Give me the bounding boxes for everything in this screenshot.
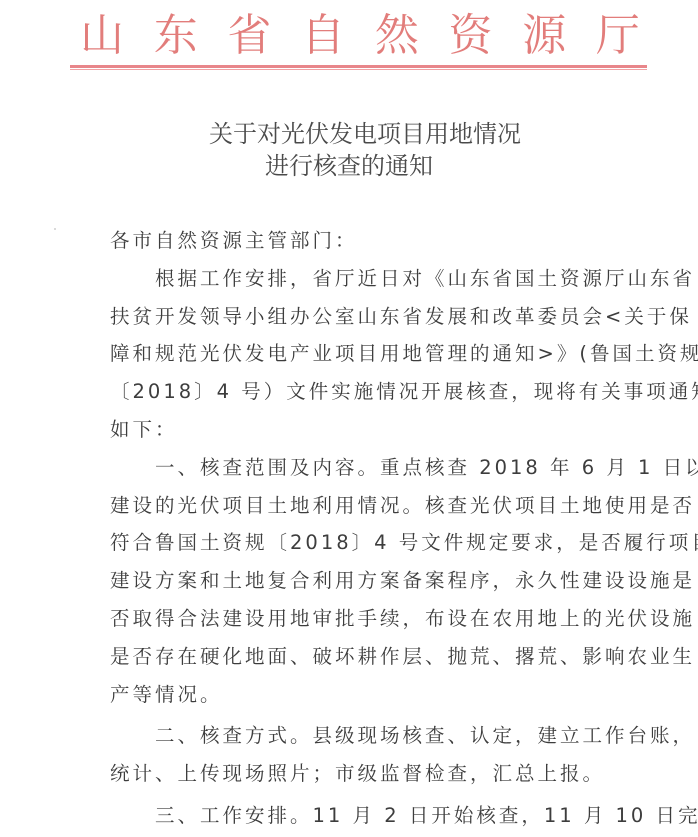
section-2-line: 二、核查方式。县级现场核查、认定，建立工作台账， xyxy=(110,717,640,755)
letterhead-rule-thick xyxy=(70,65,647,68)
body-line: 〔2018〕4 号）文件实施情况开展核查，现将有关事项通知 xyxy=(110,373,640,411)
letterhead-rule-thin xyxy=(70,69,647,70)
body-line: 统计、上传现场照片；市级监督检查，汇总上报。 xyxy=(110,755,640,793)
salutation: 各市自然资源主管部门： xyxy=(110,222,640,260)
body-line: 扶贫开发领导小组办公室山东省发展和改革委员会<关于保 xyxy=(110,298,640,336)
body-line: 是否存在硬化地面、破坏耕作层、抛荒、撂荒、影响农业生 xyxy=(110,638,640,676)
body-line: 建设的光伏项目土地利用情况。核查光伏项目土地使用是否 xyxy=(110,487,640,525)
document-body: 各市自然资源主管部门： 根据工作安排，省厅近日对《山东省国土资源厅山东省 扶贫开… xyxy=(110,222,640,835)
letterhead-char: 源 xyxy=(522,10,566,62)
body-line: 根据工作安排，省厅近日对《山东省国土资源厅山东省 xyxy=(110,260,640,298)
body-line: 符合鲁国土资规〔2018〕4 号文件规定要求，是否履行项目 xyxy=(110,524,640,562)
letterhead: 山 东 省 自 然 资 源 厅 xyxy=(80,10,640,62)
body-line: 如下： xyxy=(110,411,640,449)
body-line: 建设方案和土地复合利用方案备案程序，永久性建设设施是 xyxy=(110,562,640,600)
body-line: 否取得合法建设用地审批手续，布设在农用地上的光伏设施 xyxy=(110,600,640,638)
letterhead-char: 然 xyxy=(375,10,419,62)
letterhead-char: 省 xyxy=(227,10,271,62)
letterhead-char: 厅 xyxy=(596,10,640,62)
section-3-line: 三、工作安排。11 月 2 日开始核查，11 月 10 日完成现 xyxy=(110,797,640,835)
body-line: 产等情况。 xyxy=(110,676,640,714)
letterhead-char: 自 xyxy=(301,10,345,62)
letterhead-char: 山 xyxy=(80,10,124,62)
letterhead-char: 东 xyxy=(154,10,198,62)
section-1-line: 一、核查范围及内容。重点核查 2018 年 6 月 1 日以来 xyxy=(110,449,640,487)
body-line: 障和规范光伏发电产业项目用地管理的通知>》(鲁国土资规 xyxy=(110,335,640,373)
letterhead-char: 资 xyxy=(449,10,493,62)
scan-speck xyxy=(54,228,56,230)
document-title-line-2: 进行核查的通知 xyxy=(0,146,698,181)
document-title-line-1: 关于对光伏发电项目用地情况 xyxy=(0,114,698,149)
